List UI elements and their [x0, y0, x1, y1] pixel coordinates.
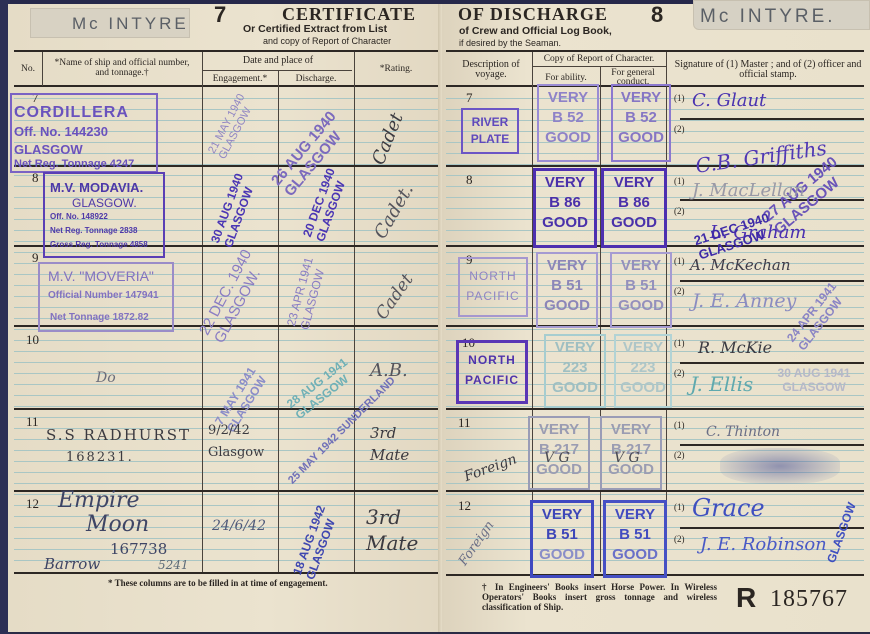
sig-divider — [680, 444, 864, 446]
ship-official-number: 167738 — [110, 540, 167, 558]
sig-label-2: (2) — [674, 368, 685, 378]
sig-label-2: (2) — [674, 450, 685, 460]
col-header-ability: For ability. — [532, 73, 600, 83]
rating: 3rd Mate — [366, 504, 436, 556]
ship-name: M.V. "MOVERIA" — [48, 268, 154, 284]
stamp-line: B 51 — [533, 525, 591, 545]
character-stamp-ability: VERY B 52 GOOD — [537, 84, 599, 162]
ship-name: M.V. MODAVIA. — [50, 180, 143, 195]
stamp-line: B 86 — [536, 193, 594, 213]
stamp-line: GOOD — [613, 128, 669, 148]
row-divider — [446, 408, 864, 410]
stamp-line: VERY — [533, 505, 591, 525]
character-stamp-conduct: VERY B 51 GOOD — [610, 252, 672, 328]
engagement-handwritten: 24/6/42 — [212, 518, 266, 534]
officer-signature: J. E. Robinson — [700, 534, 827, 555]
master-signature: R. McKie — [698, 338, 772, 357]
table-top-rule-right — [446, 50, 864, 52]
stamp-line: VERY — [539, 88, 597, 108]
stamp-line: VERY — [530, 420, 588, 440]
conduct-handwritten-note: V G — [614, 450, 640, 466]
col-header-no: No. — [14, 64, 42, 74]
ship-gross-tonnage: Gross Reg. Tonnage 4858 — [50, 240, 148, 249]
stamp-line: GOOD — [606, 545, 664, 565]
character-stamp-conduct: VERY 223 GOOD — [614, 334, 672, 408]
stamp-line: 223 — [546, 358, 604, 378]
sig-label-1: (1) — [674, 420, 685, 430]
ship-name-line2: Moon — [86, 512, 149, 537]
col-header-signature: Signature of (1) Master ; and of (2) off… — [672, 60, 864, 80]
stamp-line: GOOD — [612, 296, 670, 316]
col-header-discharge: Discharge. — [278, 74, 354, 84]
stamp-line: GOOD — [604, 213, 664, 233]
right-footnote: † In Engineers' Books insert Horse Power… — [482, 582, 717, 612]
stamp-line: VERY — [546, 338, 604, 358]
discharge-book: Mc INTYRE Mc INTYRE. 7 CERTIFICATE Or Ce… — [0, 0, 870, 634]
ship-official-number: 168231. — [66, 450, 134, 465]
stamp-line: GOOD — [538, 296, 596, 316]
rating: A.B. — [370, 360, 408, 381]
sig-label-2: (2) — [674, 124, 685, 134]
voyage-description: NORTH PACIFIC — [458, 266, 528, 306]
sig-label-2: (2) — [674, 534, 685, 544]
col-divider — [600, 66, 601, 572]
master-signature: C. Glaut — [692, 90, 766, 111]
row-number: 10 — [26, 332, 39, 348]
ship-name-line1: Empire — [58, 488, 140, 513]
ship-ditto: Do — [96, 370, 116, 386]
serial-number: 185767 — [770, 586, 848, 613]
col-header-character: Copy of Report of Character. — [532, 54, 666, 64]
ship-official-number: Off. No. 144230 — [14, 124, 108, 139]
ship-port: Barrow — [44, 555, 100, 573]
stamp-line: B 51 — [538, 276, 596, 296]
officer-signature: J. Ellis — [690, 372, 753, 396]
page-number-right: 8 — [651, 2, 663, 28]
sig-label-2: (2) — [674, 206, 685, 216]
character-stamp-ability: VERY B 86 GOOD — [533, 168, 597, 248]
left-footnote: * These columns are to be filled in at t… — [108, 578, 328, 588]
row-number: 12 — [458, 498, 471, 514]
ability-handwritten-note: V G — [544, 450, 570, 466]
character-subheader-rule — [532, 66, 666, 67]
ship-tonnage: Net Reg. Tonnage 4247 — [14, 158, 134, 170]
sig-label-1: (1) — [674, 502, 685, 512]
sig-divider — [680, 362, 864, 364]
col-header-date-place: Date and place of — [202, 56, 354, 66]
left-tab-name: Mc INTYRE — [72, 14, 189, 34]
stamp-line: B 51 — [612, 276, 670, 296]
ship-tonnage: Net Tonnage 1872.82 — [50, 312, 149, 323]
subtitle-left: Or Certified Extract from List — [243, 23, 387, 35]
master-signature: J. MacLellan — [692, 180, 805, 201]
stamp-line: VERY — [536, 173, 594, 193]
title-discharge: OF DISCHARGE — [458, 4, 608, 25]
title-certificate: CERTIFICATE — [282, 4, 416, 25]
smudged-officer-signature — [720, 448, 840, 484]
ship-port: GLASGOW. — [72, 196, 137, 210]
date-subheader-rule — [202, 70, 352, 71]
stamp-line: GOOD — [616, 378, 670, 398]
rating: 3rd Mate — [370, 422, 430, 466]
ship-official-number: Off. No. 148922 — [50, 212, 108, 221]
stamp-line: GOOD — [539, 128, 597, 148]
stamp-line: B 51 — [606, 525, 664, 545]
stamp-line: VERY — [602, 420, 660, 440]
voyage-description: RIVER PLATE — [461, 114, 519, 148]
ship-port: GLASGOW — [14, 142, 83, 157]
character-stamp-ability: VERY 223 GOOD — [544, 334, 606, 408]
row-divider — [446, 165, 864, 167]
sig-label-1: (1) — [674, 176, 685, 186]
col-divider — [42, 52, 43, 86]
sig-label-1: (1) — [674, 338, 685, 348]
official-stamp: 30 AUG 1941 GLASGOW — [764, 366, 864, 394]
ship-net-tonnage: Net Reg. Tonnage 2838 — [50, 226, 137, 235]
master-signature: Grace — [692, 494, 765, 522]
col-header-ship: *Name of ship and official number, and t… — [52, 58, 192, 78]
col-divider — [202, 52, 203, 572]
serial-prefix: R — [736, 582, 756, 614]
sig-label-1: (1) — [674, 93, 685, 103]
row-number: 12 — [26, 496, 39, 512]
table-top-rule-left — [14, 50, 438, 52]
character-stamp-conduct: VERY B 52 GOOD — [611, 84, 671, 162]
master-signature: A. McKechan — [690, 256, 790, 274]
subtitle-right-2: if desired by the Seaman. — [459, 38, 561, 48]
stamp-line: B 86 — [604, 193, 664, 213]
sig-divider — [680, 118, 864, 120]
page-number-left: 7 — [214, 2, 226, 28]
sig-label-1: (1) — [674, 256, 685, 266]
col-header-voyage: Description of voyage. — [454, 60, 528, 80]
character-stamp-ability: VERY B 51 GOOD — [536, 252, 598, 328]
stamp-line: 223 — [616, 358, 670, 378]
stamp-line: B 52 — [539, 108, 597, 128]
right-tab-name: Mc INTYRE. — [700, 6, 836, 28]
stamp-line: VERY — [538, 256, 596, 276]
ship-official-number: Official Number 147941 — [48, 290, 159, 301]
voyage-description: NORTH PACIFIC — [456, 350, 528, 390]
stamp-line: VERY — [613, 88, 669, 108]
ship-name: CORDILLERA — [14, 104, 129, 122]
ship-name: S.S RADHURST — [46, 426, 191, 444]
engagement-handwritten: 9/2/42 Glasgow — [208, 420, 272, 464]
character-stamp-conduct: VERY B 86 GOOD — [601, 168, 667, 248]
subtitle-right: of Crew and Official Log Book, — [459, 25, 612, 37]
row-number: 11 — [458, 415, 471, 431]
stamp-line: VERY — [612, 256, 670, 276]
stamp-line: B 52 — [613, 108, 669, 128]
stamp-line: GOOD — [533, 545, 591, 565]
ship-tonnage: 5241 — [158, 558, 189, 572]
subtitle-left-2: and copy of Report of Character — [263, 36, 391, 46]
master-signature: C. Thinton — [706, 424, 780, 440]
col-divider — [532, 52, 533, 572]
character-stamp-ability: VERY B 51 GOOD — [530, 500, 594, 578]
stamp-line: VERY — [616, 338, 670, 358]
stamp-line: VERY — [604, 173, 664, 193]
officer-signature: J. E. Anney — [692, 290, 796, 312]
stamp-line: GOOD — [536, 213, 594, 233]
row-divider — [446, 490, 864, 492]
character-stamp-conduct: VERY B 51 GOOD — [603, 500, 667, 578]
stamp-line: GOOD — [546, 378, 604, 398]
row-number: 8 — [466, 172, 473, 188]
sig-label-2: (2) — [674, 286, 685, 296]
row-number: 7 — [466, 90, 473, 106]
row-number: 11 — [26, 414, 39, 430]
stamp-line: VERY — [606, 505, 664, 525]
